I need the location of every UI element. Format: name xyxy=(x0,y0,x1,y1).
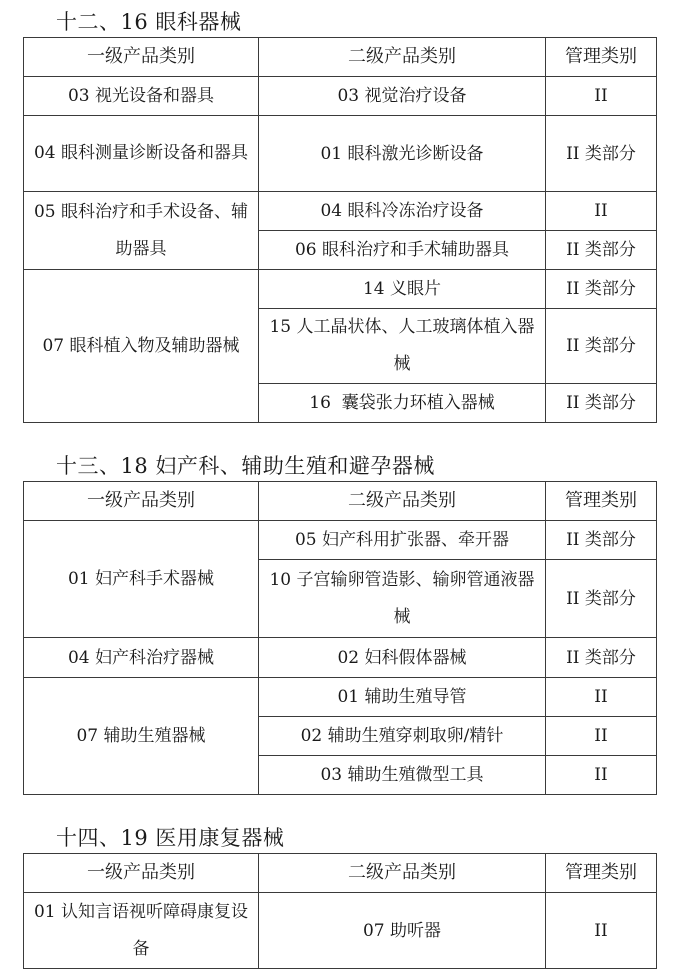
management-class-cell: II 类部分 xyxy=(546,560,657,638)
management-class-cell: II 类部分 xyxy=(546,270,657,309)
secondary-category-cell: 03 视觉治疗设备 xyxy=(259,77,546,116)
secondary-category-cell: 15 人工晶状体、人工玻璃体植入器械 xyxy=(259,309,546,384)
primary-category-cell: 01 认知言语视听障碍康复设备 xyxy=(24,893,259,969)
management-class-cell: II xyxy=(546,77,657,116)
table-row: 01 认知言语视听障碍康复设备 07 助听器 II xyxy=(24,893,657,969)
secondary-category-cell: 02 妇科假体器械 xyxy=(259,638,546,678)
table-row: 01 妇产科手术器械 05 妇产科用扩张器、牵开器 II 类部分 xyxy=(24,521,657,560)
header-primary-category: 一级产品类别 xyxy=(24,482,259,521)
table-obstetrics-devices: 一级产品类别 二级产品类别 管理类别 01 妇产科手术器械 05 妇产科用扩张器… xyxy=(23,481,657,795)
table-header-row: 一级产品类别 二级产品类别 管理类别 xyxy=(24,854,657,893)
primary-category-cell: 05 眼科治疗和手术设备、辅助器具 xyxy=(24,192,259,270)
section-title-rehabilitation: 十四、19 医用康复器械 xyxy=(56,824,284,852)
header-primary-category: 一级产品类别 xyxy=(24,38,259,77)
table-row: 07 眼科植入物及辅助器械 14 义眼片 II 类部分 xyxy=(24,270,657,309)
section-title-obstetrics: 十三、18 妇产科、辅助生殖和避孕器械 xyxy=(56,452,435,480)
table-rehabilitation-devices: 一级产品类别 二级产品类别 管理类别 01 认知言语视听障碍康复设备 07 助听… xyxy=(23,853,657,969)
secondary-category-cell: 01 眼科激光诊断设备 xyxy=(259,116,546,192)
section-title-ophthalmic: 十二、16 眼科器械 xyxy=(56,8,241,36)
secondary-category-cell: 07 助听器 xyxy=(259,893,546,969)
secondary-category-cell: 03 辅助生殖微型工具 xyxy=(259,756,546,795)
management-class-cell: II 类部分 xyxy=(546,384,657,423)
table-header-row: 一级产品类别 二级产品类别 管理类别 xyxy=(24,38,657,77)
primary-category-cell: 04 妇产科治疗器械 xyxy=(24,638,259,678)
table-row: 07 辅助生殖器械 01 辅助生殖导管 II xyxy=(24,678,657,717)
management-class-cell: II 类部分 xyxy=(546,638,657,678)
management-class-cell: II xyxy=(546,678,657,717)
header-management-class: 管理类别 xyxy=(546,38,657,77)
header-secondary-category: 二级产品类别 xyxy=(259,38,546,77)
secondary-category-cell: 05 妇产科用扩张器、牵开器 xyxy=(259,521,546,560)
header-secondary-category: 二级产品类别 xyxy=(259,854,546,893)
secondary-category-cell: 04 眼科冷冻治疗设备 xyxy=(259,192,546,231)
header-primary-category: 一级产品类别 xyxy=(24,854,259,893)
table-row: 04 妇产科治疗器械 02 妇科假体器械 II 类部分 xyxy=(24,638,657,678)
management-class-cell: II 类部分 xyxy=(546,309,657,384)
management-class-cell: II 类部分 xyxy=(546,231,657,270)
secondary-category-cell: 14 义眼片 xyxy=(259,270,546,309)
primary-category-cell: 07 辅助生殖器械 xyxy=(24,678,259,795)
header-secondary-category: 二级产品类别 xyxy=(259,482,546,521)
primary-category-cell: 04 眼科测量诊断设备和器具 xyxy=(24,116,259,192)
primary-category-cell: 01 妇产科手术器械 xyxy=(24,521,259,638)
management-class-cell: II xyxy=(546,756,657,795)
header-management-class: 管理类别 xyxy=(546,482,657,521)
secondary-category-cell: 01 辅助生殖导管 xyxy=(259,678,546,717)
table-row: 05 眼科治疗和手术设备、辅助器具 04 眼科冷冻治疗设备 II xyxy=(24,192,657,231)
management-class-cell: II xyxy=(546,192,657,231)
table-row: 03 视光设备和器具 03 视觉治疗设备 II xyxy=(24,77,657,116)
management-class-cell: II 类部分 xyxy=(546,116,657,192)
table-row: 04 眼科测量诊断设备和器具 01 眼科激光诊断设备 II 类部分 xyxy=(24,116,657,192)
table-header-row: 一级产品类别 二级产品类别 管理类别 xyxy=(24,482,657,521)
management-class-cell: II xyxy=(546,893,657,969)
secondary-category-cell: 10 子宫输卵管造影、输卵管通液器械 xyxy=(259,560,546,638)
management-class-cell: II 类部分 xyxy=(546,521,657,560)
secondary-category-cell: 16 囊袋张力环植入器械 xyxy=(259,384,546,423)
secondary-category-cell: 02 辅助生殖穿刺取卵/精针 xyxy=(259,717,546,756)
primary-category-cell: 03 视光设备和器具 xyxy=(24,77,259,116)
header-management-class: 管理类别 xyxy=(546,854,657,893)
secondary-category-cell: 06 眼科治疗和手术辅助器具 xyxy=(259,231,546,270)
table-ophthalmic-devices: 一级产品类别 二级产品类别 管理类别 03 视光设备和器具 03 视觉治疗设备 … xyxy=(23,37,657,423)
primary-category-cell: 07 眼科植入物及辅助器械 xyxy=(24,270,259,423)
management-class-cell: II xyxy=(546,717,657,756)
